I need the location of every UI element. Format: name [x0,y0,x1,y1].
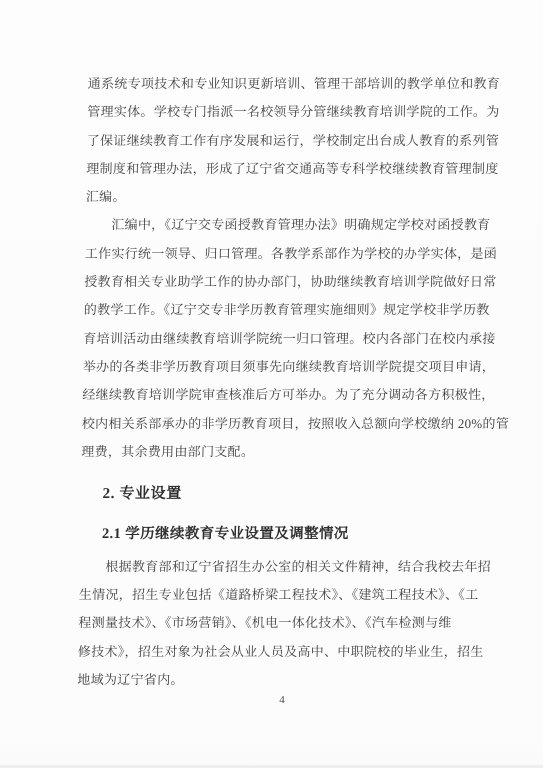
paragraph-enrollment: 根据教育部和辽宁省招生办公室的相关文件精神，结合我校去年招生情况，招生专业包括《… [77,553,481,694]
text-line: 校内相关系部承办的非学历教育项目，按照收入总额向学校缴纳 20%的管 [82,410,484,438]
page-text-block: 通系统专项技术和专业知识更新培训、管理干部培训的教学单位和教育管理实体。学校专门… [77,70,490,694]
text-line: 育培训活动由继续教育培训学院统一归口管理。校内各部门在校内承接 [83,325,485,353]
text-line: 修技术》，招生对象为社会从业人员及高中、中职院校的毕业生，招生 [78,638,480,666]
text-line: 举办的各类非学历教育项目须事先向继续教育培训学院提交项目申请， [83,353,485,381]
text-line: 汇编中，《辽宁交专函授教育管理办法》明确规定学校对函授教育 [85,211,487,239]
text-line: 的教学工作。《辽宁交专非学历教育管理实施细则》规定学校非学历教 [84,296,486,324]
text-line: 理费，其余费用由部门支配。 [81,438,483,466]
text-line: 理制度和管理办法，形成了辽宁省交通高等专科学校继续教育管理制度 [86,155,488,183]
paragraph-huibian: 汇编中，《辽宁交专函授教育管理办法》明确规定学校对函授教育工作实行统一领导、归口… [81,211,487,466]
paragraph-continuation: 通系统专项技术和专业知识更新培训、管理干部培训的教学单位和教育管理实体。学校专门… [86,70,490,211]
text-line: 授教育相关专业助学工作的协办部门，协助继续教育培训学院做好日常 [84,268,486,296]
text-line: 管理实体。学校专门指派一名校领导分管继续教育培训学院的工作。为 [87,98,489,126]
document-page: 通系统专项技术和专业知识更新培训、管理干部培训的教学单位和教育管理实体。学校专门… [0,0,543,768]
text-line: 程测量技术》、《市场营销》、《机电一体化技术》、《汽车检测与维 [78,609,480,637]
text-line: 了保证继续教育工作有序发展和运行，学校制定出台成人教育的系列管 [87,127,489,155]
text-line: 汇编。 [86,183,488,211]
text-line: 地域为辽宁省内。 [77,666,479,694]
section-heading: 2. 专业设置 [80,480,482,508]
text-line: 通系统专项技术和专业知识更新培训、管理干部培训的教学单位和教育 [88,70,490,98]
text-line: 经继续教育培训学院审查核准后方可举办。为了充分调动各方积极性， [82,381,484,409]
text-line: 生情况，招生专业包括《道路桥梁工程技术》、《建筑工程技术》、《工 [79,581,481,609]
text-line: 工作实行统一领导、归口管理。各教学系部作为学校的办学实体，是函 [85,240,487,268]
subsection-heading: 2.1 学历继续教育专业设置及调整情况 [80,520,482,548]
page-number: 4 [0,694,543,706]
text-line: 根据教育部和辽宁省招生办公室的相关文件精神，结合我校去年招 [79,553,481,581]
